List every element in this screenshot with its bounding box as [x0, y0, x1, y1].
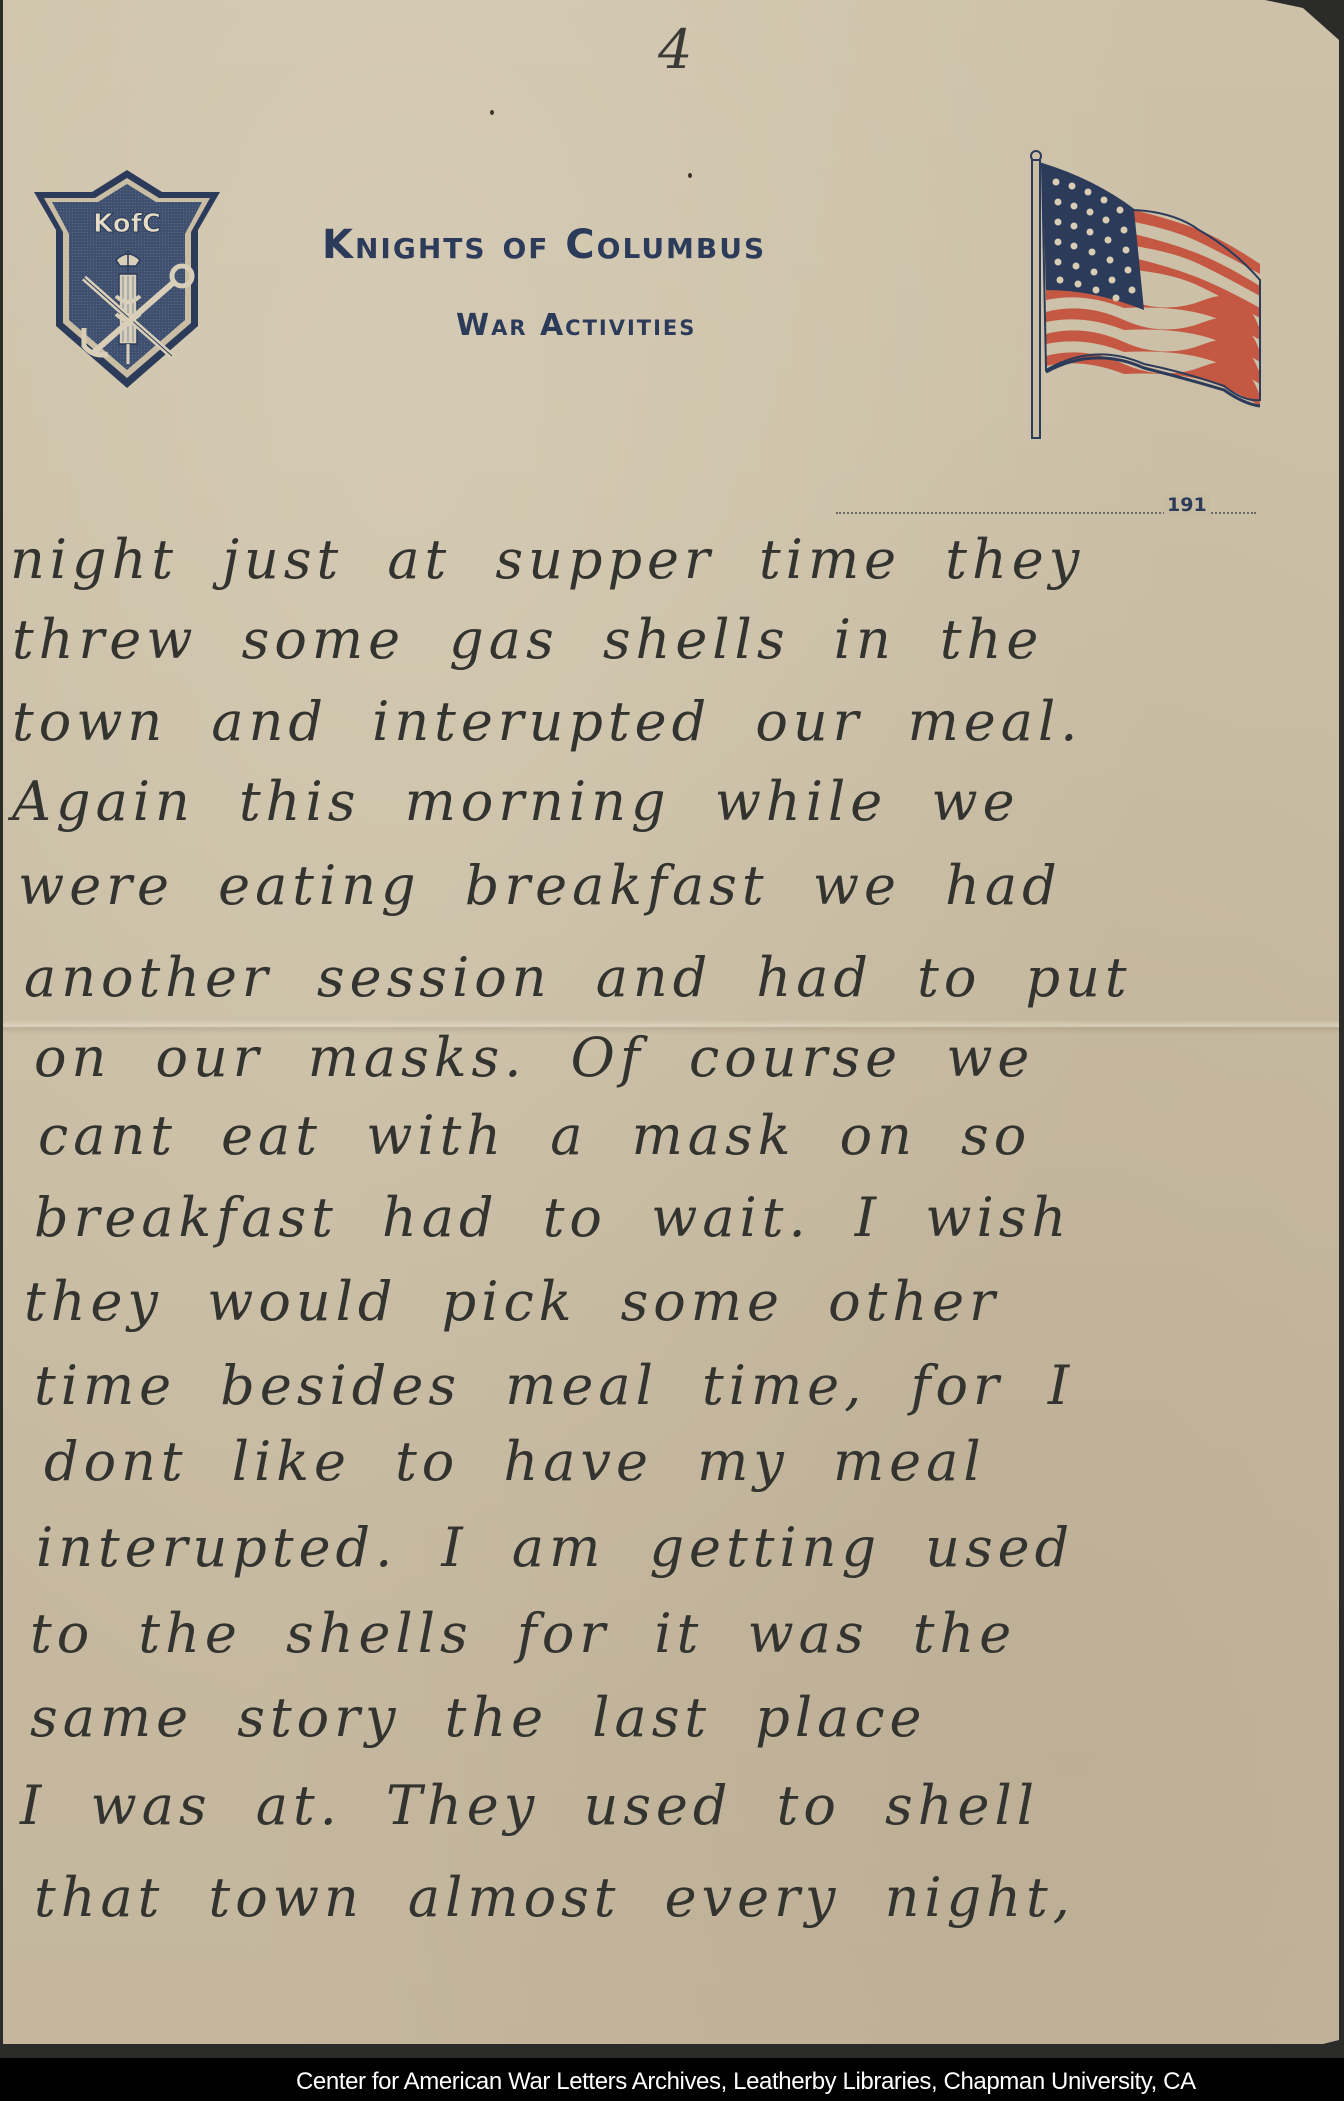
- handwritten-line: cant eat with a mask on so: [38, 1104, 1031, 1167]
- handwritten-line: to the shells for it was the: [30, 1602, 1016, 1665]
- american-flag: [1024, 150, 1264, 440]
- handwritten-line: night just at supper time they: [10, 528, 1084, 591]
- archive-credit: Center for American War Letters Archives…: [296, 2068, 1196, 2096]
- handwritten-line: interupted. I am getting used: [36, 1516, 1074, 1579]
- handwritten-line: same story the last place: [30, 1686, 927, 1749]
- handwritten-line: on our masks. Of course we: [34, 1026, 1034, 1089]
- letterhead-subtitle: War Activities: [456, 308, 696, 343]
- page-number: 4: [658, 18, 692, 81]
- handwritten-line: town and interupted our meal.: [12, 690, 1082, 753]
- handwritten-line: time besides meal time, for I: [34, 1354, 1074, 1417]
- paper-speck: [688, 173, 692, 178]
- handwritten-line: dont like to have my meal: [44, 1430, 986, 1493]
- handwritten-line: Again this morning while we: [12, 770, 1020, 833]
- handwritten-line: I was at. They used to shell: [20, 1774, 1039, 1837]
- handwritten-line: they would pick some other: [24, 1270, 1000, 1333]
- knights-of-columbus-shield-icon: KofC: [32, 168, 222, 390]
- paper-speck: [490, 110, 494, 115]
- handwritten-line: were eating breakfast we had: [18, 854, 1062, 917]
- handwritten-line: that town almost every night,: [34, 1866, 1075, 1929]
- handwritten-line: another session and had to put: [24, 946, 1132, 1009]
- letterhead-title: Knights of Columbus: [322, 222, 766, 268]
- handwritten-line: threw some gas shells in the: [12, 608, 1043, 671]
- us-flag-icon: [1024, 150, 1264, 440]
- svg-text:KofC: KofC: [93, 209, 161, 239]
- handwritten-line: breakfast had to wait. I wish: [34, 1186, 1071, 1249]
- date-year-prefix: 191: [1164, 494, 1210, 516]
- kofc-emblem: KofC: [32, 168, 222, 390]
